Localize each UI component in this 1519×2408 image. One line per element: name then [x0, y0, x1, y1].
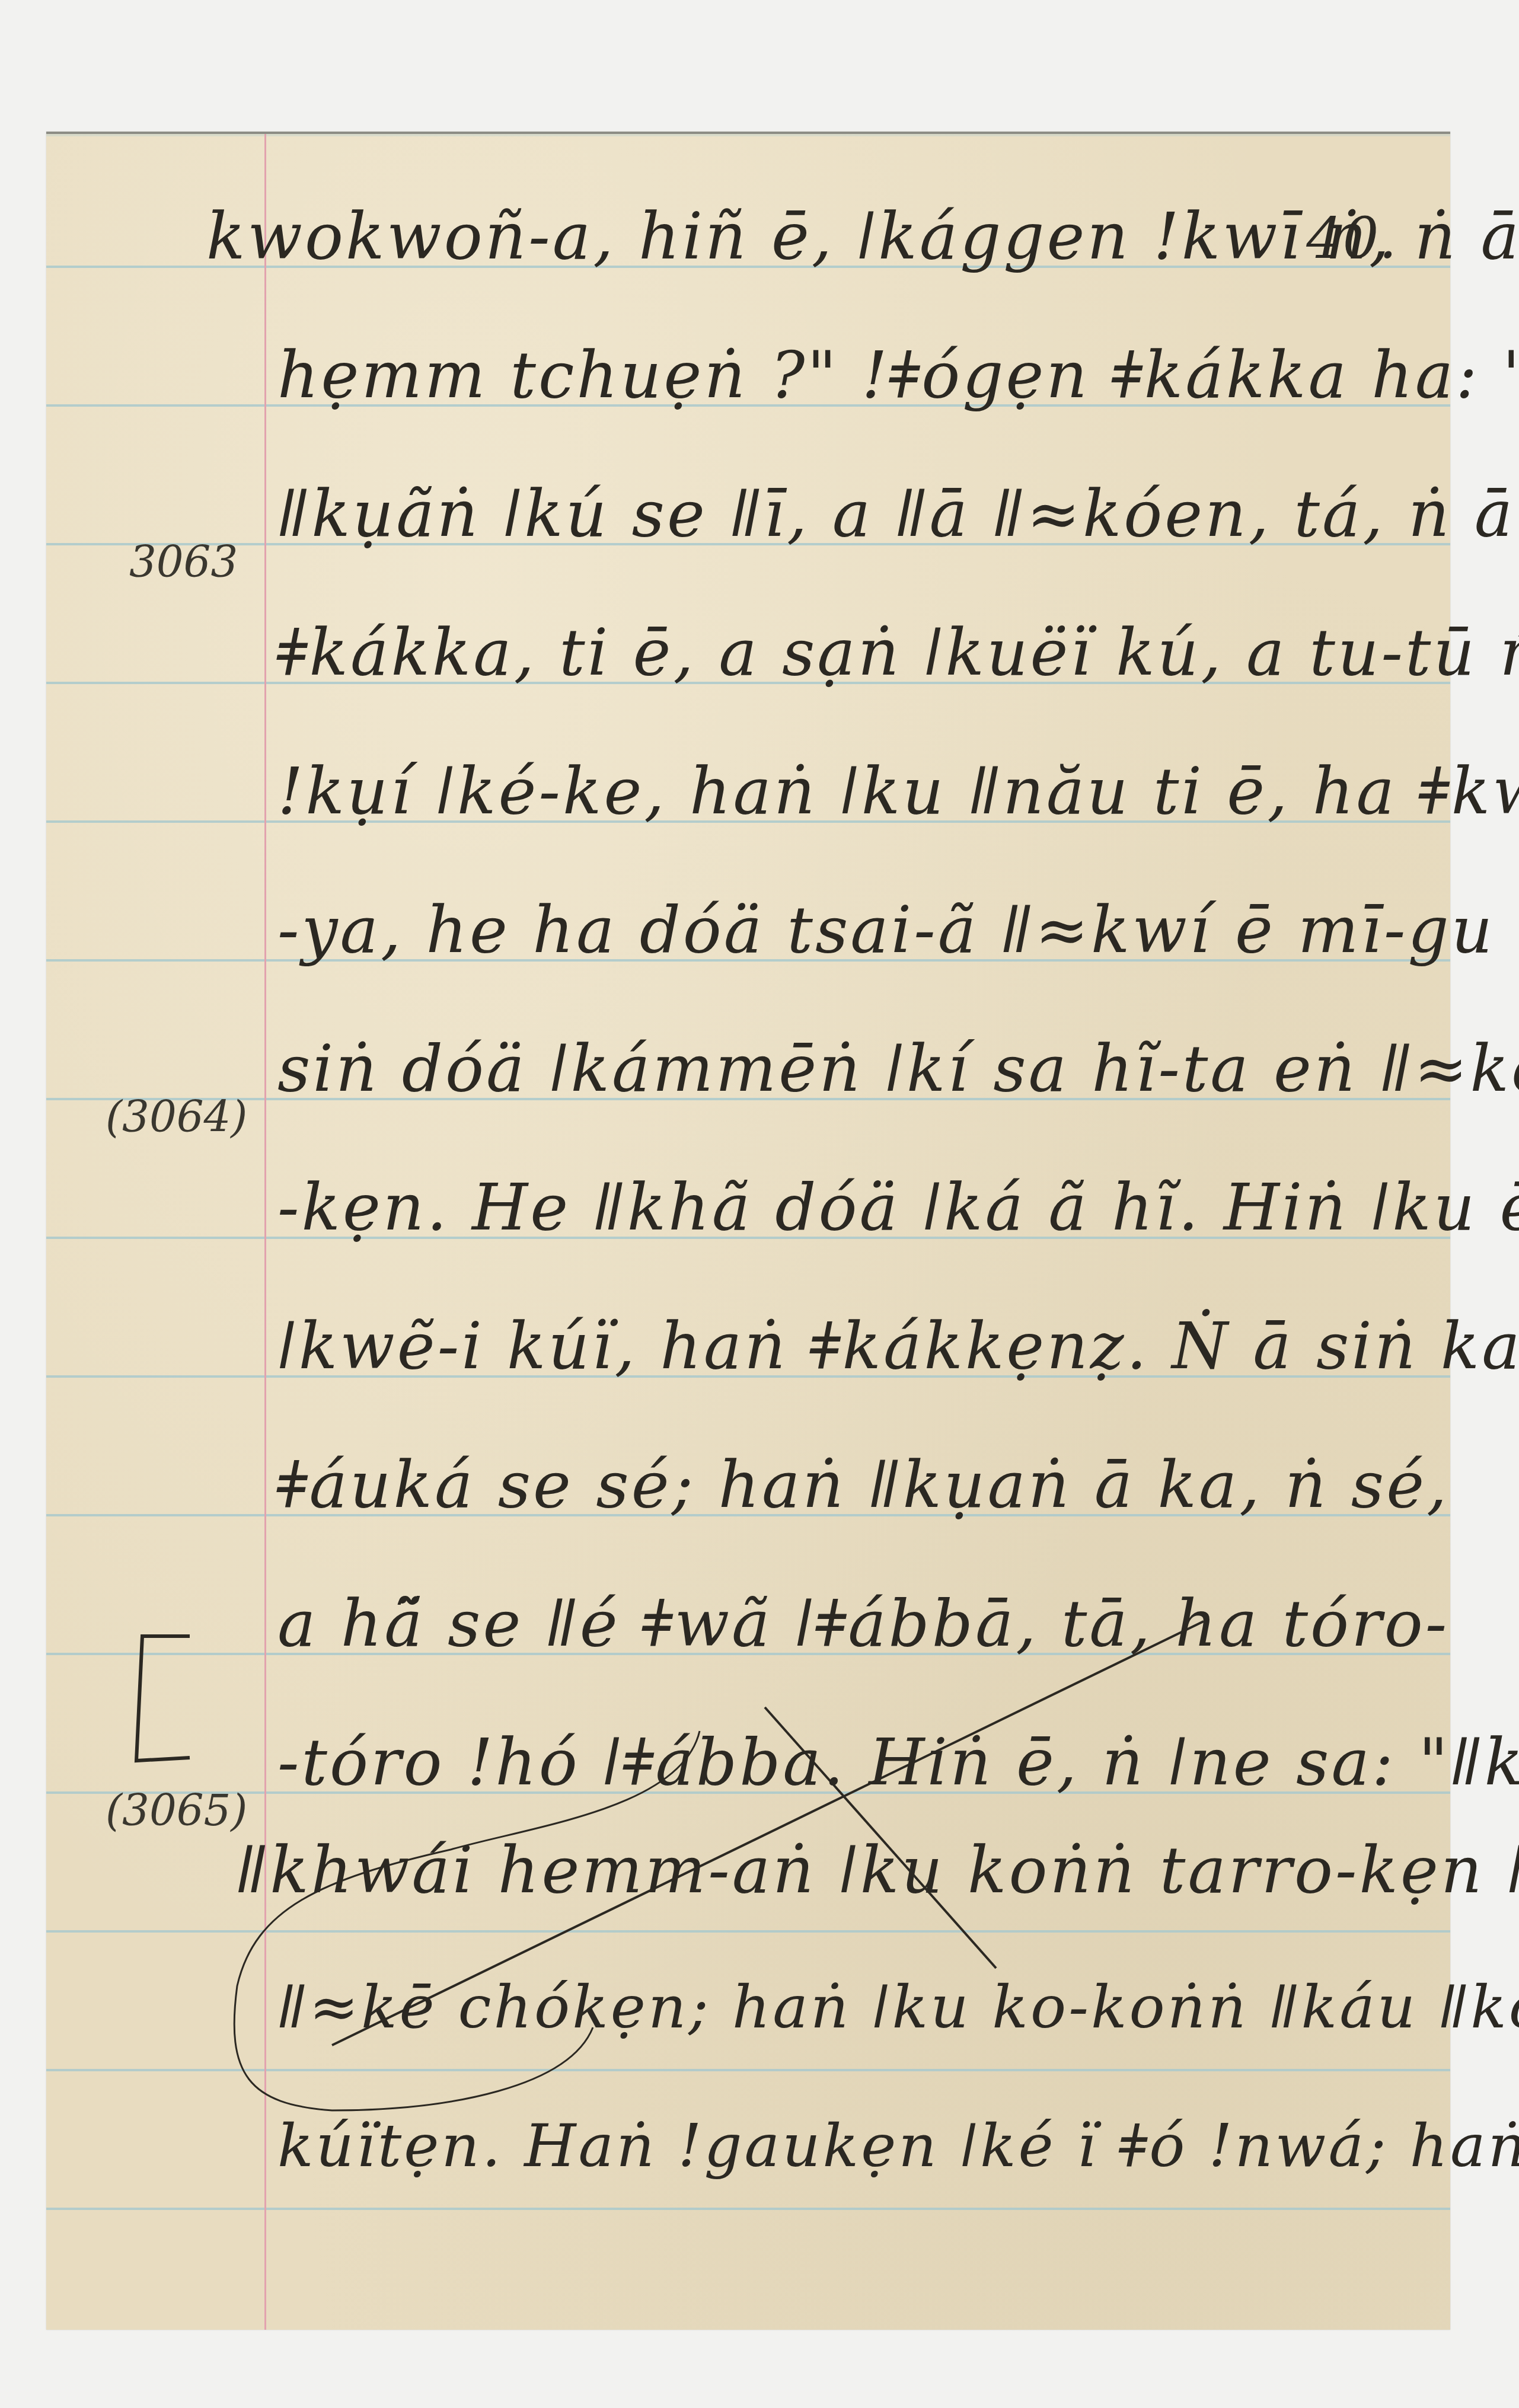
- manuscript-bottom-block: dáukọ hã bái chókẹn. Haṅ ẓãnna ǁkáitẹn: [46, 132, 1450, 2327]
